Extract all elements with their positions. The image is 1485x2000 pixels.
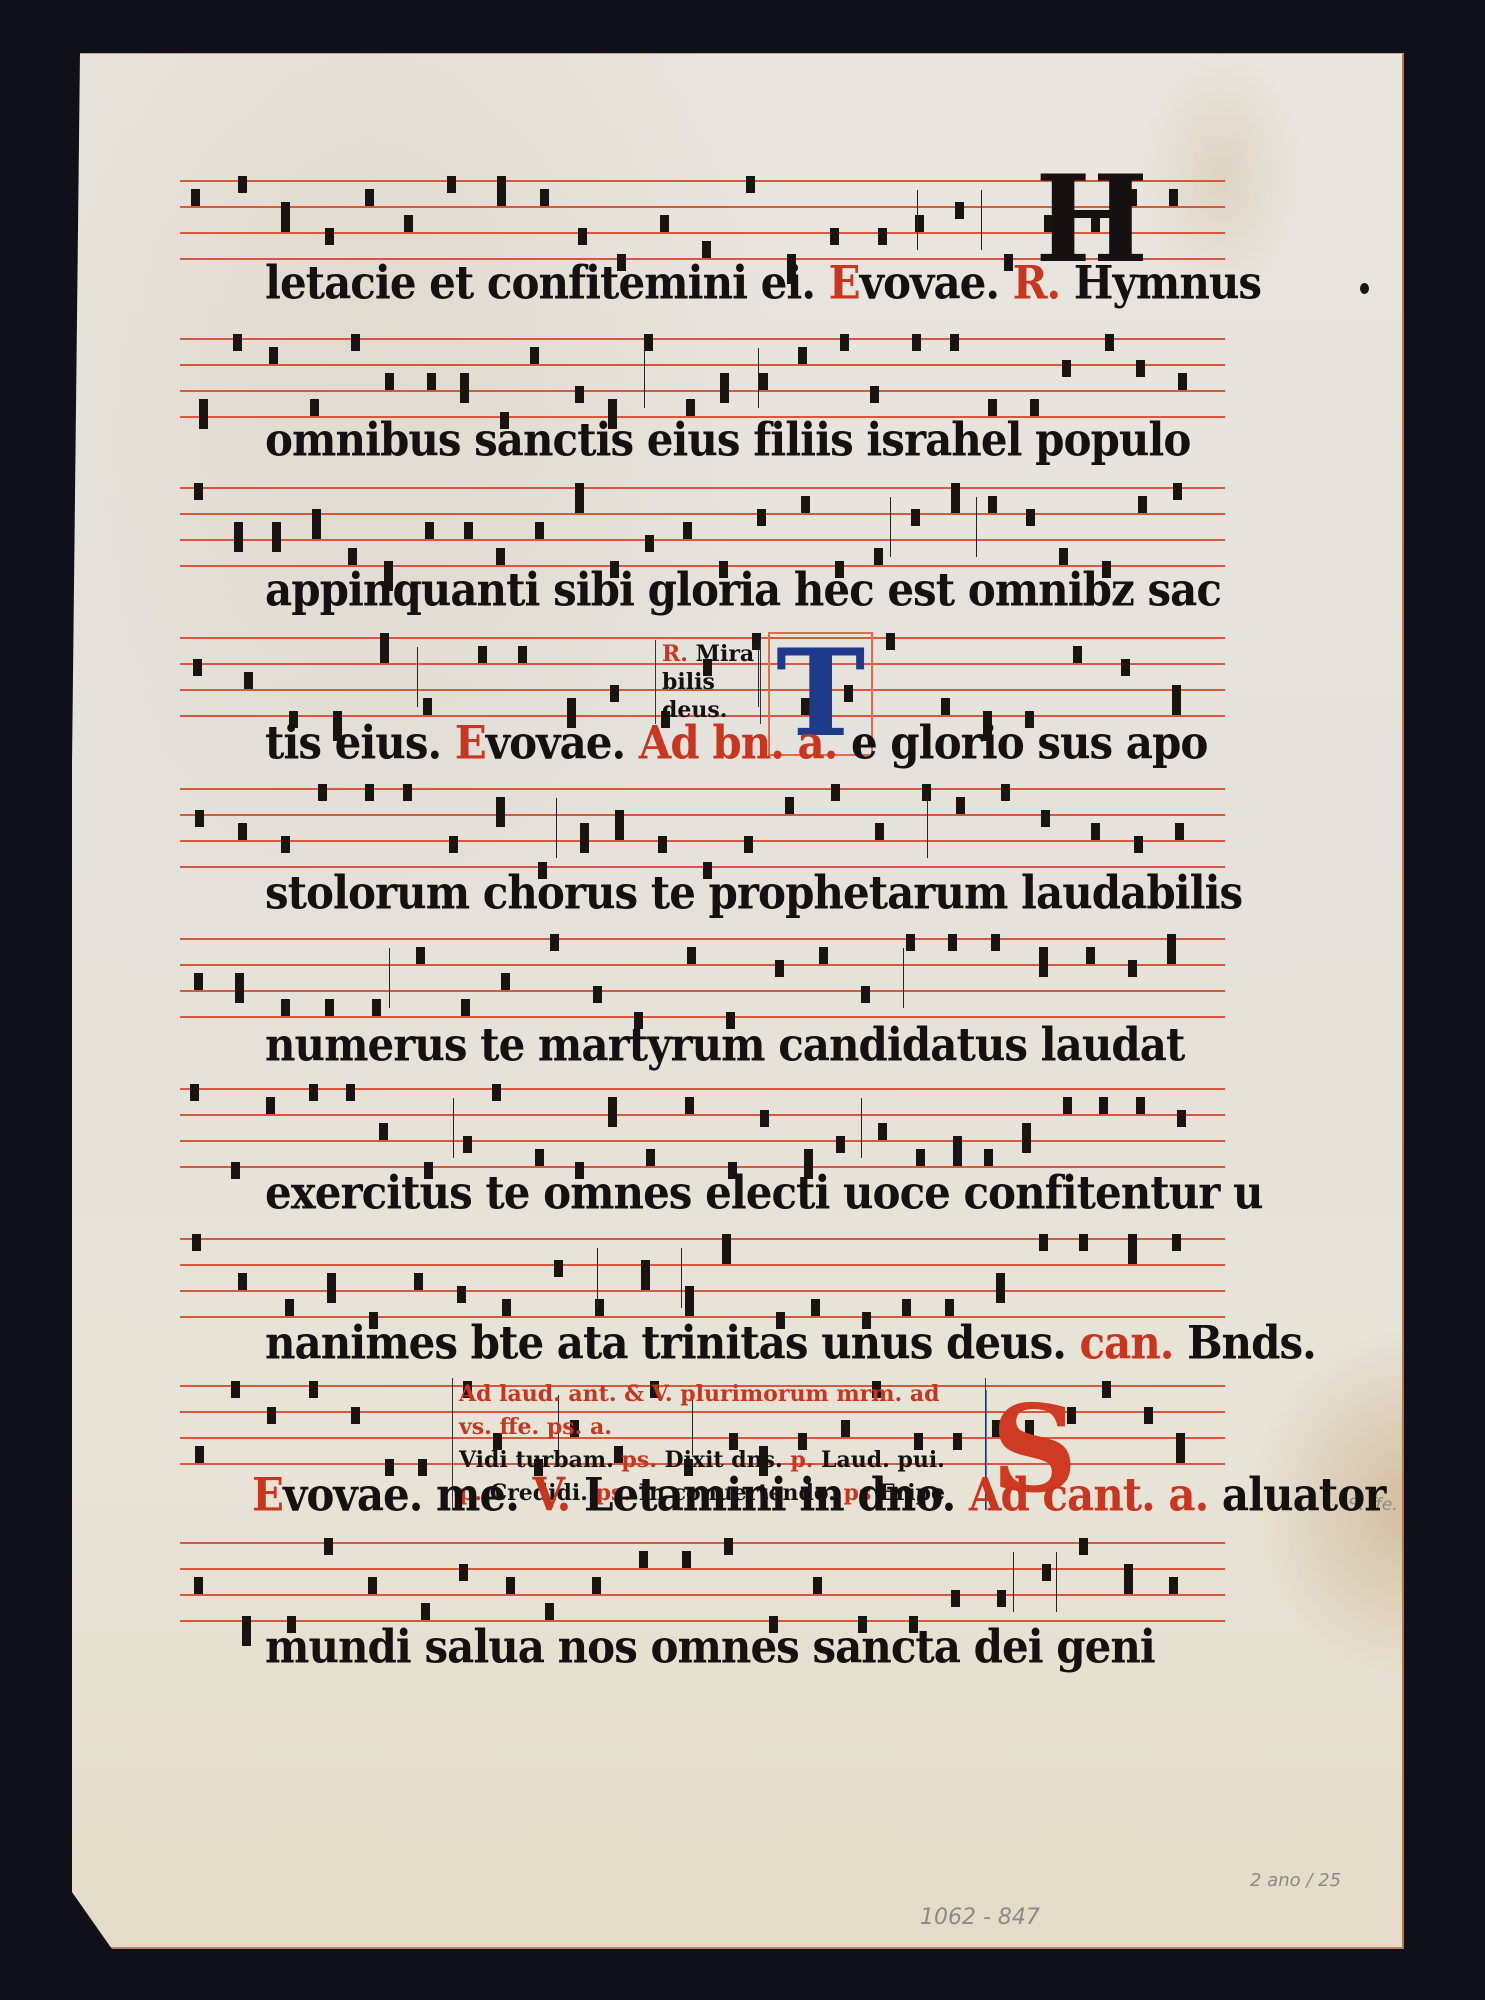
lyric-text: mundi salua nos omnes sancta dei geni	[265, 1620, 1155, 1674]
neume	[639, 1551, 648, 1568]
neume	[950, 334, 959, 351]
staff-line	[180, 1238, 1225, 1240]
neume	[997, 1590, 1006, 1607]
staff-line	[180, 1088, 1225, 1090]
neume	[506, 1577, 515, 1594]
lyric-text: stolorum chorus te prophetarum laudabili…	[265, 866, 1242, 920]
neume	[285, 1299, 294, 1316]
lyric-text: me.	[436, 1468, 532, 1522]
neume	[242, 1616, 251, 1646]
neume	[956, 797, 965, 814]
lyric-text: appinquanti sibi gloria hec est omnibz s…	[265, 563, 1221, 617]
rubric-text: R.	[1013, 256, 1074, 310]
lyric-line: numerus te martyrum candidatus laudat	[265, 1018, 1184, 1072]
lyric-line: exercitus te omnes electi uoce confitent…	[265, 1166, 1263, 1220]
neume	[875, 823, 884, 840]
neume	[497, 176, 506, 206]
neume	[878, 1123, 887, 1140]
neume	[615, 810, 624, 840]
division-line	[389, 948, 390, 1008]
staff	[180, 338, 1225, 418]
box-line: bilis	[662, 668, 754, 696]
neume	[685, 1097, 694, 1114]
neume	[325, 999, 334, 1016]
neume	[840, 334, 849, 351]
neume	[870, 386, 879, 403]
neume	[427, 373, 436, 390]
neume	[610, 685, 619, 702]
staff-line	[180, 964, 1225, 966]
responsory-marker: R.	[662, 641, 688, 667]
neume	[575, 483, 584, 513]
staff	[180, 1542, 1225, 1622]
neume	[518, 646, 527, 663]
neume	[1178, 373, 1187, 390]
neume	[811, 1299, 820, 1316]
lyric-text: aluator	[1222, 1468, 1385, 1522]
neume	[403, 784, 412, 801]
neume	[1073, 646, 1082, 663]
neume	[1039, 1234, 1048, 1251]
neume	[351, 1407, 360, 1424]
staff-line	[180, 814, 1225, 816]
neume	[685, 1286, 694, 1316]
neume	[501, 973, 510, 990]
neume	[951, 483, 960, 513]
neume	[231, 1162, 240, 1179]
neume	[757, 509, 766, 526]
neume	[238, 823, 247, 840]
division-line	[1056, 1552, 1057, 1612]
lyric-text: Letamini in dno.	[584, 1468, 969, 1522]
staff-line	[180, 1568, 1225, 1570]
lyric-text: e glorio sus apo	[851, 716, 1207, 770]
neume	[460, 373, 469, 403]
neume	[831, 784, 840, 801]
neume	[1022, 1123, 1031, 1153]
division-line	[556, 798, 557, 858]
neume	[1138, 496, 1147, 513]
rubric-text: V.	[532, 1468, 584, 1522]
lyric-text: Bnds.	[1187, 1316, 1316, 1370]
staff-line	[180, 637, 1225, 639]
neume	[192, 1234, 201, 1251]
neume	[1177, 1110, 1186, 1127]
lyric-line: nanimes bte ata trinitas unus deus. can.…	[265, 1316, 1316, 1370]
neume	[459, 1564, 468, 1581]
neume	[1086, 947, 1095, 964]
lyric-text: vovae.	[283, 1468, 436, 1522]
division-line	[644, 348, 645, 408]
neume	[608, 1097, 617, 1127]
neume	[194, 1577, 203, 1594]
neume	[951, 1590, 960, 1607]
neume	[1167, 934, 1176, 964]
neume	[575, 386, 584, 403]
neume	[457, 1286, 466, 1303]
responsory-box: R. Mira bilis deus.	[655, 640, 761, 724]
neume	[540, 189, 549, 206]
rubric-text: E	[455, 716, 486, 770]
division-line	[903, 948, 904, 1008]
staff-line	[180, 1594, 1225, 1596]
neume	[365, 189, 374, 206]
neume	[660, 215, 669, 232]
neume	[1169, 1577, 1178, 1594]
division-line	[861, 1098, 862, 1158]
neume	[231, 1381, 240, 1398]
staff	[180, 1088, 1225, 1168]
neume	[272, 522, 281, 552]
division-line	[890, 497, 891, 557]
neume	[416, 947, 425, 964]
division-line	[417, 647, 418, 707]
neume	[953, 1136, 962, 1166]
neume	[269, 347, 278, 364]
neume	[372, 999, 381, 1016]
neume	[365, 784, 374, 801]
neume	[385, 373, 394, 390]
neume	[906, 934, 915, 951]
lyric-line: tis eius. Evovae. Ad bn. a. e glorio sus…	[265, 716, 1207, 770]
neume	[1039, 947, 1048, 977]
staff-line	[180, 487, 1225, 489]
neume	[238, 176, 247, 193]
staff-line	[180, 1114, 1225, 1116]
neume	[683, 522, 692, 539]
neume	[1128, 1234, 1137, 1264]
ink-dot	[1360, 283, 1369, 294]
neume	[380, 633, 389, 663]
neume	[785, 797, 794, 814]
neume	[1102, 1381, 1111, 1398]
neume	[1128, 960, 1137, 977]
neume	[878, 228, 887, 245]
neume	[1173, 483, 1182, 500]
neume	[1172, 685, 1181, 715]
division-line	[453, 1098, 454, 1158]
neume	[746, 176, 755, 193]
neume	[984, 1149, 993, 1166]
neume	[1105, 334, 1114, 351]
neume	[595, 1299, 604, 1316]
neume	[414, 1273, 423, 1290]
catalog-number: 1062 - 847	[920, 1905, 1040, 1930]
neume	[1169, 189, 1178, 206]
neume	[234, 522, 243, 552]
neume	[813, 1577, 822, 1594]
division-line	[758, 348, 759, 408]
lyric-line: omnibus sanctis eius filiis israhel popu…	[265, 413, 1190, 467]
neume	[1026, 509, 1035, 526]
neume	[720, 373, 729, 403]
neume	[744, 836, 753, 853]
neume	[902, 1299, 911, 1316]
neume	[309, 1381, 318, 1398]
neume	[861, 986, 870, 1003]
neume	[463, 1136, 472, 1153]
neume	[578, 228, 587, 245]
neume	[996, 1273, 1005, 1303]
lyric-text: omnibus sanctis eius filiis israhel popu…	[265, 413, 1190, 467]
neume	[535, 1149, 544, 1166]
neume	[991, 934, 1000, 951]
staff-line	[180, 788, 1225, 790]
neume	[1134, 836, 1143, 853]
neume	[195, 810, 204, 827]
neume	[195, 1446, 204, 1463]
neume	[312, 509, 321, 539]
neume	[1079, 1538, 1088, 1555]
lyric-text: letacie et confitemini ei.	[265, 256, 829, 310]
division-line	[597, 1248, 598, 1308]
neume	[819, 947, 828, 964]
staff-line	[180, 338, 1225, 340]
neume	[886, 633, 895, 650]
neume	[592, 1577, 601, 1594]
neume	[193, 659, 202, 676]
staff-line	[180, 840, 1225, 842]
staff-line	[180, 990, 1225, 992]
lyric-line: Evovae. me. V. Letamini in dno. Ad cant.…	[252, 1468, 1385, 1522]
division-line	[917, 190, 918, 250]
neume	[368, 1577, 377, 1594]
neume	[379, 1123, 388, 1140]
neume	[309, 1084, 318, 1101]
neume	[244, 672, 253, 689]
neume	[423, 698, 432, 715]
neume	[318, 784, 327, 801]
neume	[724, 1538, 733, 1555]
neume	[325, 228, 334, 245]
rubric-text: can.	[1079, 1316, 1187, 1370]
neume	[194, 483, 203, 500]
staff-line	[180, 1290, 1225, 1292]
neume	[233, 334, 242, 351]
staff	[180, 1238, 1225, 1318]
staff	[180, 938, 1225, 1018]
rubric-text: Ad cant. a.	[969, 1468, 1222, 1522]
neume	[1041, 810, 1050, 827]
neume	[1063, 1097, 1072, 1114]
neume	[644, 334, 653, 351]
neume	[1099, 1097, 1108, 1114]
neume	[478, 646, 487, 663]
neume	[266, 1097, 275, 1114]
neume	[530, 347, 539, 364]
neume	[1001, 784, 1010, 801]
neume	[798, 347, 807, 364]
neume	[722, 1234, 731, 1264]
neume	[281, 202, 290, 232]
neume	[404, 215, 413, 232]
neume	[646, 1149, 655, 1166]
staff	[180, 788, 1225, 868]
neume	[502, 1299, 511, 1316]
neume	[492, 1084, 501, 1101]
division-line	[976, 497, 977, 557]
neume	[830, 228, 839, 245]
lyric-line: mundi salua nos omnes sancta dei geni	[265, 1620, 1155, 1674]
neume	[1062, 360, 1071, 377]
neume	[916, 1149, 925, 1166]
neume	[1144, 1407, 1153, 1424]
neume	[550, 934, 559, 951]
lyric-line: stolorum chorus te prophetarum laudabili…	[265, 866, 1242, 920]
neume	[267, 1407, 276, 1424]
neume	[1172, 1234, 1181, 1251]
neume	[682, 1551, 691, 1568]
neume	[535, 522, 544, 539]
neume	[421, 1603, 430, 1620]
neume	[324, 1538, 333, 1555]
neume	[955, 202, 964, 219]
neume	[194, 973, 203, 990]
rubric-text: Ad laud. ant. & V. plurimorum mrm. ad vs…	[459, 1381, 939, 1440]
neume	[281, 999, 290, 1016]
neume	[1175, 823, 1184, 840]
division-line	[981, 190, 982, 250]
neume	[945, 1299, 954, 1316]
neume	[545, 1603, 554, 1620]
division-line	[681, 1248, 682, 1308]
neume	[461, 999, 470, 1016]
neume	[351, 334, 360, 351]
neume	[449, 836, 458, 853]
lyric-text: numerus te martyrum candidatus laudat	[265, 1018, 1184, 1072]
lyric-text: tis eius.	[265, 716, 455, 770]
neume	[1121, 659, 1130, 676]
staff	[180, 487, 1225, 567]
neume	[1136, 1097, 1145, 1114]
staff-line	[180, 938, 1225, 940]
lyric-text: exercitus te omnes electi uoce confitent…	[265, 1166, 1263, 1220]
neume	[760, 1110, 769, 1127]
neume	[641, 1260, 650, 1290]
neume	[554, 1260, 563, 1277]
neume	[759, 373, 768, 390]
neume	[801, 496, 810, 513]
neume	[593, 986, 602, 1003]
division-line	[927, 798, 928, 858]
box-line: Mira	[696, 641, 755, 667]
neume	[238, 1273, 247, 1290]
neume	[775, 960, 784, 977]
neume	[447, 176, 456, 193]
lyric-text: vovae.	[860, 256, 1013, 310]
neume	[941, 698, 950, 715]
lyric-text: Hymnus	[1074, 256, 1261, 310]
neume	[1124, 1564, 1133, 1594]
lyric-line: letacie et confitemini ei. Evovae. R. Hy…	[265, 256, 1261, 310]
neume	[1136, 360, 1145, 377]
neume	[235, 973, 244, 1003]
neume	[281, 836, 290, 853]
lyric-text: vovae.	[486, 716, 639, 770]
neume	[836, 1136, 845, 1153]
neume	[327, 1273, 336, 1303]
neume	[1079, 1234, 1088, 1251]
staff-line	[180, 539, 1225, 541]
staff-line	[180, 513, 1225, 515]
neume	[948, 934, 957, 951]
rubric-text: Ad bn. a.	[639, 716, 851, 770]
neume	[988, 496, 997, 513]
staff-line	[180, 1264, 1225, 1266]
neume	[1176, 1433, 1185, 1463]
neume	[464, 522, 473, 539]
neume	[687, 947, 696, 964]
lyric-line: appinquanti sibi gloria hec est omnibz s…	[265, 563, 1221, 617]
neume	[658, 836, 667, 853]
neume	[191, 189, 200, 206]
neume	[911, 509, 920, 526]
price-note: 2 ano / 25	[1250, 1870, 1341, 1891]
neume	[346, 1084, 355, 1101]
rubric-line: Ad laud. ant. & V. plurimorum mrm. ad vs…	[459, 1378, 979, 1444]
neume	[425, 522, 434, 539]
rubric-text: E	[829, 256, 860, 310]
neume	[1042, 1564, 1051, 1581]
neume	[645, 535, 654, 552]
neume	[912, 334, 921, 351]
neume	[199, 399, 208, 429]
staff-line	[180, 390, 1225, 392]
staff-line	[180, 1140, 1225, 1142]
neume	[496, 797, 505, 827]
neume	[580, 823, 589, 853]
neume	[190, 1084, 199, 1101]
division-line	[1013, 1552, 1014, 1612]
rubric-text: E	[252, 1468, 283, 1522]
neume	[1091, 823, 1100, 840]
staff-line	[180, 1542, 1225, 1544]
lyric-text: nanimes bte ata trinitas unus deus.	[265, 1316, 1079, 1370]
